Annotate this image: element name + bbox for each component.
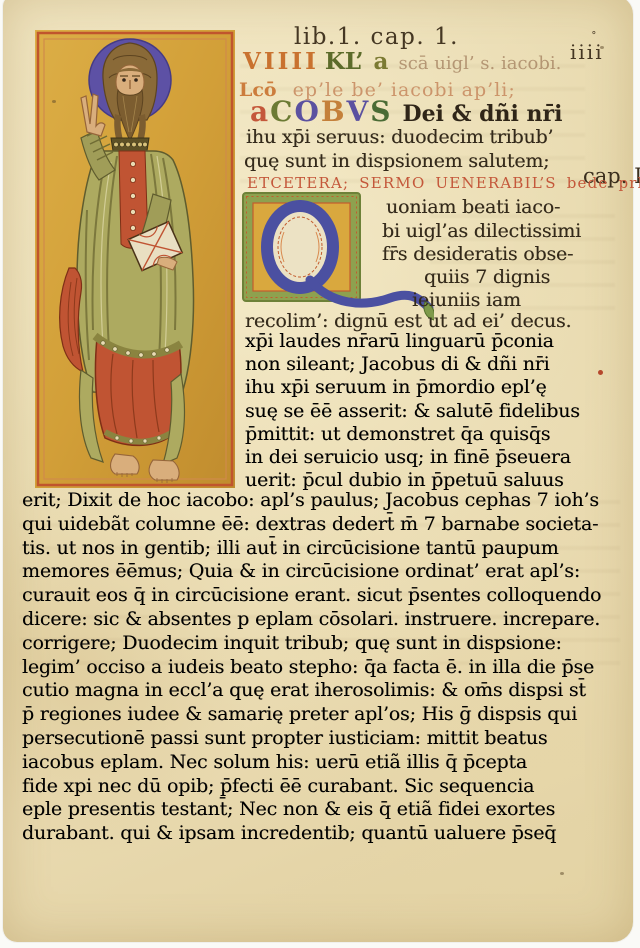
illuminated-letter: C bbox=[270, 95, 292, 128]
saint-james-miniature bbox=[35, 30, 235, 488]
text-line: fr̄s desideratis obse- bbox=[382, 243, 573, 265]
eye bbox=[122, 78, 126, 82]
rubric-kalends: KL’ bbox=[325, 48, 364, 75]
text-line: recolim’: dignū est ut ad ei’ decus. bbox=[245, 310, 571, 332]
illuminated-letter: S bbox=[370, 95, 390, 128]
red-ink-dot bbox=[598, 370, 603, 375]
text-line: fide xpi nec dū opib; p̄fecti ēē curaban… bbox=[22, 775, 601, 799]
text-line: corrigere; Duodecim inquit tribub; quę s… bbox=[22, 632, 601, 656]
text-block: erit; Dixit de hoc iacobo: apl’s paulus;… bbox=[22, 489, 601, 846]
manuscript-page: lib.1. cap. 1. iiii cap. I VIIIIKL’ascā … bbox=[0, 0, 640, 948]
rubric-numeral: VIIII bbox=[243, 48, 319, 75]
text-line: p̄ regiones iudee & samarię preter apl’o… bbox=[22, 703, 601, 727]
text-line: non sileant; Jacobus di & dñi nr̄i bbox=[245, 353, 580, 376]
rubric-initial-a: a bbox=[374, 48, 389, 75]
text-line: quę sunt in dispsionem salutem; bbox=[244, 150, 549, 172]
illuminated-letter: B bbox=[321, 95, 345, 128]
text-line: persecutionē passi sunt propter iusticia… bbox=[22, 727, 601, 751]
text-line: curauit eos q̄ in circūcisione erant. si… bbox=[22, 584, 601, 608]
text-line: uoniam beati iaco- bbox=[386, 196, 560, 218]
bare-foot bbox=[111, 454, 140, 474]
text-line: tis. ut nos in gentib; illi aut̄ in circ… bbox=[22, 537, 601, 561]
text-line: dicere: sic & absentes p eplam cōsolari.… bbox=[22, 608, 601, 632]
text-line: iacobus eplam. Nec solum his: uerū etiã … bbox=[22, 751, 601, 775]
text-line: ieiuniis iam bbox=[412, 289, 521, 311]
text-line: memores ēēmus; Quia & in circūcisione or… bbox=[22, 560, 601, 584]
text-line: erit; Dixit de hoc iacobo: apl’s paulus;… bbox=[22, 489, 601, 513]
incipit-continuation: Dei & dñi nr̄i bbox=[402, 101, 562, 127]
text-line: eple presentis testant̄; Nec non & eis q… bbox=[22, 798, 601, 822]
eye bbox=[134, 78, 138, 82]
parchment-fleck bbox=[52, 100, 56, 103]
parchment-fleck bbox=[560, 872, 564, 875]
illuminated-letter: a bbox=[250, 95, 268, 128]
folio-number: iiii bbox=[570, 40, 604, 64]
text-column: xp̄i laudes nr̄arū linguarū p̄conia non … bbox=[245, 330, 580, 492]
text-line: durabant. qui & ipsam incredentib; quant… bbox=[22, 822, 601, 846]
text-line: ihu xp̄i seruum in p̄mordio epl’ę bbox=[245, 376, 580, 399]
text-line: in dei seruicio usq; in finē p̄seuera bbox=[245, 446, 580, 469]
text-line: legim’ occiso a iudeis beato stepho: q̄a… bbox=[22, 656, 601, 680]
text-line: quiis 7 dignis bbox=[424, 266, 550, 288]
rubric-faded-text: scā uigl’ s. iacobi. bbox=[398, 53, 561, 74]
parchment-fleck bbox=[600, 46, 604, 49]
illuminated-letter: V bbox=[347, 95, 369, 128]
text-line: cutio magna in eccl’a quę erat iherosoli… bbox=[22, 679, 601, 703]
bare-foot bbox=[149, 460, 179, 480]
text-line: suę se ēē asserit: & salutē fidelibus bbox=[245, 400, 580, 423]
illuminated-letter: O bbox=[294, 95, 318, 128]
rubric-sermon-line: ETCETERA; SERMO UENERABIL’S bede prbi, bbox=[247, 174, 640, 192]
letter-q-bowl bbox=[267, 206, 333, 288]
text-line: ihu xp̄i seruus: duodecim tribub’ bbox=[246, 126, 553, 148]
text-line: p̄mittit: ut demonstret q̄a quisq̄s bbox=[245, 423, 580, 446]
text-line: bi uigl’as dilectissimi bbox=[382, 220, 581, 242]
text-line: qui uidebãt columne ēē: dextras dedert̄ … bbox=[22, 513, 601, 537]
chapter-heading: lib.1. cap. 1. bbox=[294, 24, 459, 50]
rubric-calendar-line: VIIIIKL’ascā uigl’ s. iacobi. bbox=[243, 48, 561, 75]
incipit-line: aCOBVSDei & dñi nr̄i bbox=[250, 95, 562, 128]
text-line: xp̄i laudes nr̄arū linguarū p̄conia bbox=[245, 330, 580, 353]
